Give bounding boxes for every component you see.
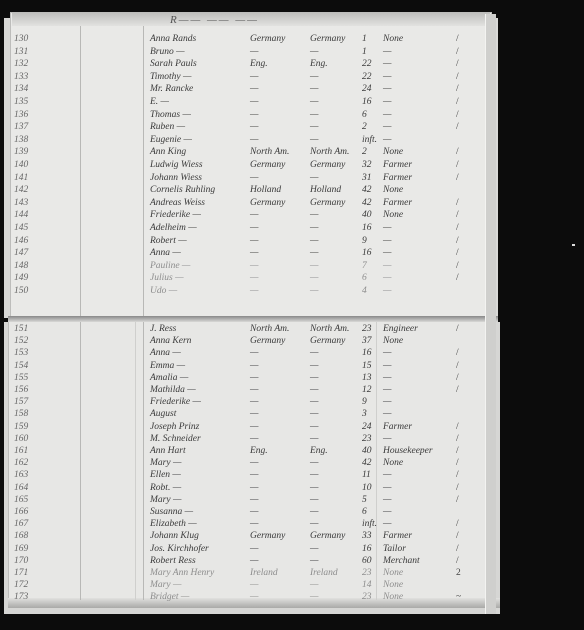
entry-occupation: None [383,185,403,195]
entry-mark: / [456,47,459,57]
entry-destination: — [310,434,318,444]
row-number: 158 [14,409,28,419]
row-number: 130 [14,34,28,44]
entry-occupation: — [383,223,391,233]
entry-mark: / [456,458,459,468]
entry-birth-country: — [250,210,258,220]
entry-age: 11 [362,470,371,480]
entry-destination: — [310,592,318,602]
entry-mark: / [456,273,459,283]
entry-birth-country: — [250,361,258,371]
entry-mark: / [456,373,459,383]
entry-destination: — [310,483,318,493]
entry-age: 15 [362,361,372,371]
entry-birth-country: — [250,592,258,602]
entry-occupation: — [383,135,391,145]
entry-occupation: — [383,59,391,69]
entry-occupation: — [383,385,391,395]
entry-mark: / [456,361,459,371]
entry-destination: — [310,236,318,246]
entry-age: 22 [362,59,372,69]
entry-occupation: None [383,336,403,346]
entry-occupation: — [383,495,391,505]
entry-mark: / [456,446,459,456]
entry-occupation: — [383,348,391,358]
entry-destination: — [310,544,318,554]
entry-mark: / [456,72,459,82]
entry-name: Andreas Weiss [150,198,205,208]
entry-name: Adelheim — [150,223,197,233]
entry-birth-country: — [250,348,258,358]
row-number: 173 [14,592,28,602]
entry-name: Friederike — [150,210,201,220]
entry-age: 10 [362,483,372,493]
entry-name: Eugenie — [150,135,192,145]
entry-age: 23 [362,434,372,444]
entry-age: 5 [362,495,367,505]
entry-name: Amalia — [150,373,188,383]
entry-destination: — [310,580,318,590]
row-number: 144 [14,210,28,220]
entry-birth-country: Germany [250,198,285,208]
entry-name: August [150,409,176,419]
entry-destination: — [310,422,318,432]
entry-destination: Eng. [310,446,328,456]
entry-birth-country: — [250,236,258,246]
entry-age: 31 [362,173,372,183]
entry-age: 40 [362,446,372,456]
entry-age: 9 [362,397,367,407]
entry-age: 4 [362,286,367,296]
entry-occupation: — [383,273,391,283]
entry-destination: — [310,47,318,57]
page-fold [8,316,498,322]
entry-age: 23 [362,568,372,578]
entry-occupation: — [383,97,391,107]
row-number: 162 [14,458,28,468]
entry-destination: — [310,373,318,383]
entry-birth-country: — [250,385,258,395]
entry-birth-country: Ireland [250,568,278,578]
entry-occupation: — [383,519,391,529]
row-number: 156 [14,385,28,395]
entry-mark: 2 [456,568,461,578]
entry-occupation: Farmer [383,160,412,170]
entry-name: Cornelis Ruhling [150,185,215,195]
entry-destination: — [310,286,318,296]
entry-birth-country: Eng. [250,446,268,456]
row-number: 165 [14,495,28,505]
entry-name: Elizabeth — [150,519,197,529]
entry-age: 6 [362,273,367,283]
entry-name: Julius — [150,273,184,283]
row-number: 150 [14,286,28,296]
row-number: 145 [14,223,28,233]
entry-mark: / [456,348,459,358]
entry-mark: / [456,385,459,395]
scan-speck [572,244,575,246]
entry-destination: Germany [310,160,345,170]
entry-destination: — [310,72,318,82]
entry-birth-country: — [250,397,258,407]
entry-mark: / [456,210,459,220]
entry-birth-country: — [250,373,258,383]
entry-age: 16 [362,97,372,107]
entry-age: 1 [362,47,367,57]
row-number: 171 [14,568,28,578]
entry-destination: — [310,519,318,529]
entry-birth-country: — [250,72,258,82]
entry-name: Pauline — [150,261,190,271]
page-header: R—— —— —— [170,14,259,26]
entry-occupation: — [383,261,391,271]
entry-destination: Ireland [310,568,338,578]
entry-name: Friederike — [150,397,201,407]
entry-occupation: None [383,568,403,578]
entry-name: M. Schneider [150,434,201,444]
entry-occupation: Tailor [383,544,406,554]
entry-destination: Eng. [310,59,328,69]
entry-birth-country: — [250,483,258,493]
row-number: 154 [14,361,28,371]
entry-mark: ~ [456,592,461,602]
entry-mark: / [456,198,459,208]
entry-age: 24 [362,422,372,432]
entry-name: Mathilda — [150,385,196,395]
entry-name: Robert Ress [150,556,196,566]
entry-mark: / [456,97,459,107]
row-number: 131 [14,47,28,57]
row-number: 160 [14,434,28,444]
entry-occupation: — [383,122,391,132]
entry-occupation: None [383,592,403,602]
row-number: 133 [14,72,28,82]
entry-birth-country: — [250,47,258,57]
row-number: 147 [14,248,28,258]
entry-name: Mary — [150,495,181,505]
entry-name: Anna — [150,348,181,358]
entry-mark: / [456,434,459,444]
row-number: 141 [14,173,28,183]
entry-name: Johann Klug [150,531,199,541]
row-number: 157 [14,397,28,407]
row-number: 137 [14,122,28,132]
entry-destination: — [310,110,318,120]
entry-mark: / [456,422,459,432]
entry-mark: / [456,544,459,554]
row-number: 140 [14,160,28,170]
entry-mark: / [456,160,459,170]
entry-occupation: — [383,84,391,94]
entry-birth-country: — [250,248,258,258]
page-right-edge [485,14,496,614]
entry-age: 42 [362,198,372,208]
entry-occupation: — [383,434,391,444]
entry-birth-country: — [250,434,258,444]
entry-occupation: Engineer [383,324,418,334]
entry-birth-country: — [250,422,258,432]
entry-occupation: Farmer [383,531,412,541]
entry-mark: / [456,59,459,69]
entry-age: 2 [362,122,367,132]
entry-occupation: Housekeeper [383,446,433,456]
entry-age: 9 [362,236,367,246]
row-number: 166 [14,507,28,517]
entry-mark: / [456,236,459,246]
entry-age: 6 [362,507,367,517]
entry-name: Joseph Prinz [150,422,199,432]
column-rule [135,322,136,600]
entry-occupation: — [383,397,391,407]
entry-birth-country: — [250,173,258,183]
entry-occupation: Farmer [383,422,412,432]
entry-occupation: — [383,72,391,82]
entry-name: Anna — [150,248,181,258]
entry-occupation: — [383,236,391,246]
entry-age: 2 [362,147,367,157]
entry-mark: / [456,470,459,480]
entry-destination: — [310,458,318,468]
entry-birth-country: — [250,84,258,94]
entry-age: 60 [362,556,372,566]
entry-occupation: None [383,147,403,157]
row-number: 142 [14,185,28,195]
entry-birth-country: — [250,286,258,296]
column-rule [376,322,377,600]
entry-birth-country: North Am. [250,324,289,334]
entry-destination: — [310,248,318,258]
entry-destination: North Am. [310,324,349,334]
row-number: 138 [14,135,28,145]
entry-age: 16 [362,248,372,258]
entry-birth-country: Germany [250,531,285,541]
row-number: 163 [14,470,28,480]
entry-destination: — [310,273,318,283]
entry-birth-country: — [250,556,258,566]
entry-destination: — [310,361,318,371]
entry-mark: / [456,173,459,183]
entry-destination: — [310,173,318,183]
entry-destination: Germany [310,336,345,346]
entry-occupation: — [383,507,391,517]
entry-mark: / [456,531,459,541]
entry-name: Mr. Rancke [150,84,193,94]
row-number: 135 [14,97,28,107]
entry-birth-country: — [250,122,258,132]
entry-destination: — [310,223,318,233]
entry-age: inft. [362,519,377,529]
entry-birth-country: — [250,110,258,120]
entry-mark: / [456,34,459,44]
entry-birth-country: — [250,507,258,517]
entry-mark: / [456,147,459,157]
entry-name: Ruben — [150,122,185,132]
entry-age: 23 [362,324,372,334]
entry-age: 24 [362,84,372,94]
entry-name: Mary — [150,458,181,468]
entry-name: Anna Rands [150,34,196,44]
column-rule [143,322,144,600]
row-number: 155 [14,373,28,383]
row-number: 139 [14,147,28,157]
entry-destination: — [310,261,318,271]
entry-occupation: — [383,248,391,258]
column-rule [143,26,144,316]
entry-birth-country: — [250,97,258,107]
entry-destination: North Am. [310,147,349,157]
entry-mark: / [456,519,459,529]
column-rule [80,26,81,316]
entry-mark: / [456,495,459,505]
entry-destination: — [310,122,318,132]
entry-birth-country: Germany [250,160,285,170]
entry-age: 13 [362,373,372,383]
entry-destination: — [310,348,318,358]
entry-name: Emma — [150,361,185,371]
entry-destination: — [310,397,318,407]
entry-birth-country: — [250,135,258,145]
entry-mark: / [456,84,459,94]
entry-destination: Holland [310,185,341,195]
entry-name: Anna Kern [150,336,191,346]
entry-destination: Germany [310,34,345,44]
row-number: 169 [14,544,28,554]
row-number: 149 [14,273,28,283]
entry-mark: / [456,556,459,566]
entry-birth-country: — [250,458,258,468]
entry-name: Ann King [150,147,186,157]
entry-name: Bridget — [150,592,189,602]
entry-occupation: — [383,47,391,57]
entry-occupation: None [383,580,403,590]
entry-name: E. — [150,97,169,107]
entry-mark: / [456,324,459,334]
row-number: 167 [14,519,28,529]
row-number: 159 [14,422,28,432]
entry-age: 16 [362,348,372,358]
row-number: 146 [14,236,28,246]
entry-age: 42 [362,185,372,195]
entry-name: Johann Wiess [150,173,202,183]
row-number: 170 [14,556,28,566]
entry-occupation: None [383,34,403,44]
entry-mark: / [456,248,459,258]
entry-age: inft. [362,135,377,145]
row-number: 164 [14,483,28,493]
entry-name: Bruno — [150,47,185,57]
entry-birth-country: — [250,495,258,505]
entry-destination: — [310,409,318,419]
entry-name: Udo — [150,286,177,296]
entry-occupation: Merchant [383,556,420,566]
entry-birth-country: North Am. [250,147,289,157]
entry-occupation: Farmer [383,198,412,208]
entry-occupation: — [383,361,391,371]
row-number: 152 [14,336,28,346]
entry-destination: — [310,135,318,145]
entry-occupation: — [383,373,391,383]
entry-name: Ellen — [150,470,181,480]
entry-mark: / [456,122,459,132]
entry-birth-country: — [250,409,258,419]
entry-age: 42 [362,458,372,468]
entry-mark: / [456,223,459,233]
entry-name: Sarah Pauls [150,59,197,69]
entry-birth-country: — [250,273,258,283]
entry-destination: Germany [310,198,345,208]
entry-name: J. Ress [150,324,176,334]
entry-age: 40 [362,210,372,220]
entry-name: Robert — [150,236,187,246]
entry-age: 12 [362,385,372,395]
entry-destination: — [310,470,318,480]
entry-destination: — [310,495,318,505]
entry-age: 14 [362,580,372,590]
entry-name: Mary Ann Henry [150,568,214,578]
entry-birth-country: Germany [250,336,285,346]
entry-birth-country: — [250,580,258,590]
entry-mark: / [456,483,459,493]
row-number: 172 [14,580,28,590]
entry-name: Ann Hart [150,446,186,456]
entry-name: Mary — [150,580,181,590]
entry-occupation: None [383,210,403,220]
row-number: 168 [14,531,28,541]
entry-birth-country: Holland [250,185,281,195]
entry-age: 33 [362,531,372,541]
entry-destination: Germany [310,531,345,541]
entry-age: 16 [362,223,372,233]
entry-mark: / [456,110,459,120]
entry-destination: — [310,556,318,566]
column-rule [80,322,81,600]
entry-name: Susanna — [150,507,193,517]
entry-destination: — [310,507,318,517]
entry-birth-country: — [250,223,258,233]
entry-age: 6 [362,110,367,120]
entry-name: Timothy — [150,72,191,82]
entry-name: Robt. — [150,483,181,493]
entry-birth-country: — [250,519,258,529]
entry-name: Ludwig Wiess [150,160,203,170]
entry-age: 37 [362,336,372,346]
entry-destination: — [310,97,318,107]
row-number: 143 [14,198,28,208]
entry-age: 3 [362,409,367,419]
row-number: 148 [14,261,28,271]
entry-occupation: — [383,483,391,493]
entry-destination: — [310,210,318,220]
entry-birth-country: Eng. [250,59,268,69]
row-number: 161 [14,446,28,456]
entry-age: 7 [362,261,367,271]
row-number: 136 [14,110,28,120]
entry-age: 32 [362,160,372,170]
entry-occupation: — [383,470,391,480]
entry-birth-country: — [250,261,258,271]
entry-age: 22 [362,72,372,82]
entry-mark: / [456,261,459,271]
entry-birth-country: — [250,470,258,480]
entry-name: Thomas — [150,110,191,120]
entry-occupation: — [383,409,391,419]
entry-age: 16 [362,544,372,554]
entry-birth-country: — [250,544,258,554]
entry-age: 23 [362,592,372,602]
entry-age: 1 [362,34,367,44]
entry-birth-country: Germany [250,34,285,44]
row-number: 153 [14,348,28,358]
